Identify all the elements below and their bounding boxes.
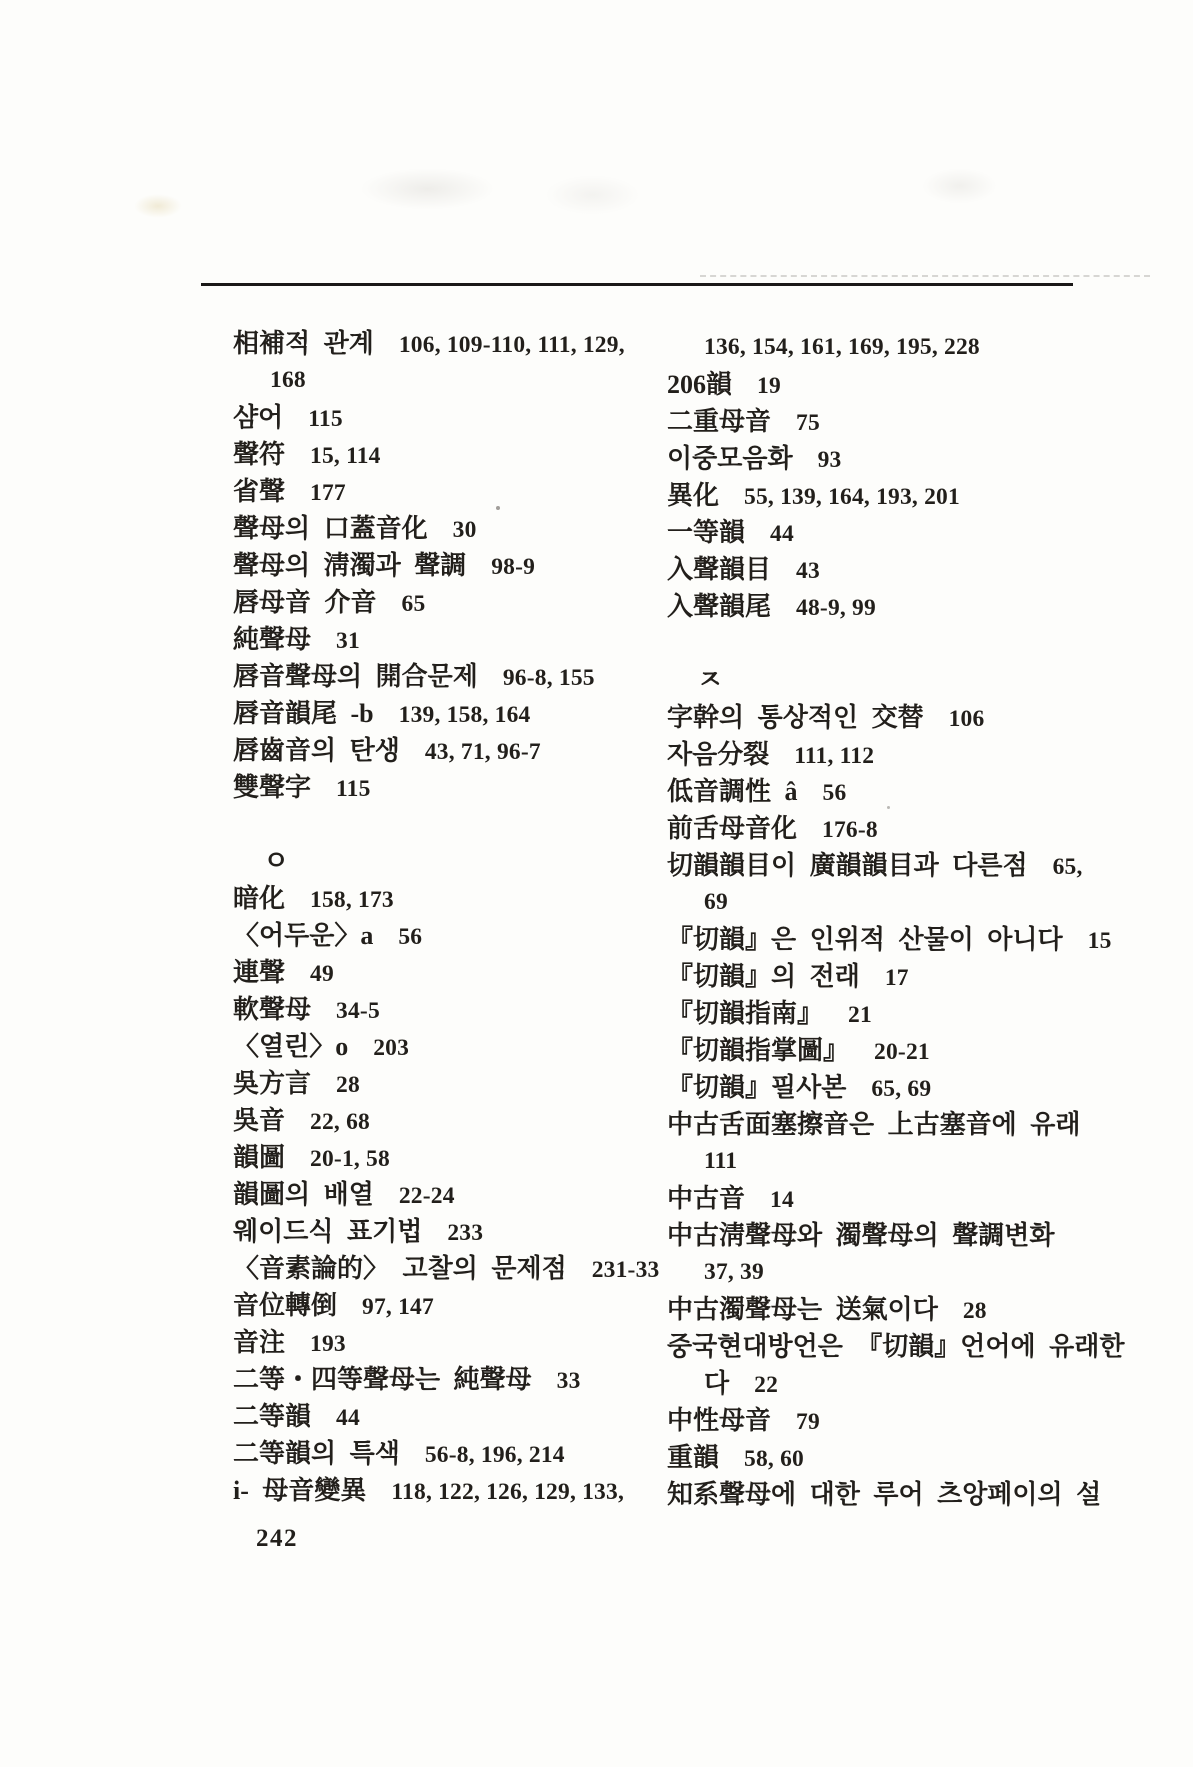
index-entry: 韻圖20-1, 58 <box>233 1139 673 1176</box>
index-entry: 異化55, 139, 164, 193, 201 <box>667 477 1147 514</box>
entry-term: 一等韻 <box>667 518 745 547</box>
entry-term: 聲母의 口蓋音化 <box>233 514 428 543</box>
index-entry: 一等韻44 <box>667 514 1147 551</box>
entry-term: 唇音聲母의 開合문제 <box>233 662 478 691</box>
entry-term: 二等韻 <box>233 1402 311 1431</box>
entry-pages: 75 <box>796 410 820 436</box>
entry-term: 聲符 <box>233 440 285 469</box>
entry-pages: 168 <box>270 367 306 393</box>
entry-term: 省聲 <box>233 477 285 506</box>
entry-term: 唇音韻尾 -b <box>233 699 374 728</box>
entry-pages: 233 <box>447 1220 483 1246</box>
entry-pages: 111, 112 <box>794 743 874 769</box>
index-entry: 聲符15, 114 <box>233 436 673 473</box>
index-entry: 二等・四等聲母는 純聲母33 <box>233 1361 673 1398</box>
entry-pages: 49 <box>310 961 334 987</box>
index-entry: 唇音韻尾 -b139, 158, 164 <box>233 695 673 732</box>
entry-term: 『切韻』필사본 <box>667 1073 846 1102</box>
index-entry: 中古濁聲母는 送氣이다28 <box>667 1291 1147 1328</box>
entry-pages: 139, 158, 164 <box>399 702 531 728</box>
index-entry: 音注193 <box>233 1324 673 1361</box>
entry-pages: 43, 71, 96-7 <box>425 739 541 765</box>
entry-pages: 193 <box>310 1331 346 1357</box>
entry-pages: 79 <box>796 1409 820 1435</box>
index-entry: 中性母音79 <box>667 1402 1147 1439</box>
entry-pages: 106, 109-110, 111, 129, <box>399 332 625 358</box>
entry-term: 相補적 관계 <box>233 329 374 358</box>
entry-pages: 118, 122, 126, 129, 133, <box>391 1479 624 1505</box>
entry-term: 206韻 <box>667 370 732 399</box>
entry-pages: 14 <box>770 1187 794 1213</box>
entry-pages: 115 <box>308 406 343 432</box>
index-entry-continuation: 다22 <box>667 1365 1147 1402</box>
entry-term: 暗化 <box>233 884 285 913</box>
index-entry: 中古舌面塞擦音은 上古塞音에 유래 <box>667 1106 1147 1143</box>
entry-term: 中古濁聲母는 送氣이다 <box>667 1295 938 1324</box>
entry-pages: 31 <box>336 628 360 654</box>
entry-term: 韻圖 <box>233 1143 285 1172</box>
entry-pages: 19 <box>757 373 781 399</box>
entry-term: 다 <box>704 1369 729 1398</box>
entry-pages: 22, 68 <box>310 1109 370 1135</box>
entry-pages: 115 <box>336 776 371 802</box>
entry-term: 字幹의 통상적인 交替 <box>667 703 924 732</box>
entry-pages: 20-21 <box>874 1039 930 1065</box>
entry-pages: 43 <box>796 558 820 584</box>
entry-pages: 22-24 <box>399 1183 455 1209</box>
entry-term: 中性母音 <box>667 1406 771 1435</box>
entry-pages: 44 <box>336 1405 360 1431</box>
index-entry: 暗化158, 173 <box>233 880 673 917</box>
section-header: ㅈ <box>667 662 1147 699</box>
section-header-label: ㅈ <box>697 665 723 695</box>
entry-term: 重韻 <box>667 1443 719 1472</box>
entry-term: 『切韻』의 전래 <box>667 962 860 991</box>
entry-term: 唇齒音의 탄생 <box>233 736 400 765</box>
entry-pages: 56 <box>398 924 422 950</box>
index-entry-continuation: 136, 154, 161, 169, 195, 228 <box>667 329 1147 366</box>
index-entry: 샴어115 <box>233 399 673 436</box>
entry-pages: 97, 147 <box>362 1294 434 1320</box>
entry-term: 吳音 <box>233 1106 285 1135</box>
index-entry: 知系聲母에 대한 루어 츠앙페이의 설 <box>667 1476 1147 1513</box>
index-entry: 切韻韻目이 廣韻韻目과 다른점65, <box>667 847 1147 884</box>
entry-pages: 158, 173 <box>310 887 394 913</box>
index-entry: 中古音14 <box>667 1180 1147 1217</box>
entry-pages: 65, 69 <box>871 1076 931 1102</box>
entry-pages: 15 <box>1088 928 1112 954</box>
entry-term: 二等韻의 특색 <box>233 1439 400 1468</box>
entry-term: 前舌母音化 <box>667 814 797 843</box>
page-number: 242 <box>256 1520 298 1557</box>
entry-term: 〈音素論的〉 고찰의 문제점 <box>233 1254 567 1283</box>
column-gap <box>233 806 673 843</box>
index-entry: 相補적 관계106, 109-110, 111, 129, <box>233 325 673 362</box>
index-entry-continuation: 37, 39 <box>667 1254 1147 1291</box>
entry-pages: 231-33 <box>592 1257 660 1283</box>
index-entry: 이중모음화93 <box>667 440 1147 477</box>
entry-pages: 28 <box>963 1298 987 1324</box>
entry-term: 聲母의 淸濁과 聲調 <box>233 551 466 580</box>
entry-term: i- 母音變異 <box>233 1476 366 1505</box>
entry-pages: 65 <box>402 591 426 617</box>
index-entry: 低音調性 â56 <box>667 773 1147 810</box>
entry-term: 切韻韻目이 廣韻韻目과 다른점 <box>667 851 1028 880</box>
index-entry: 중국현대방언은 『切韻』언어에 유래한 <box>667 1328 1147 1365</box>
entry-pages: 15, 114 <box>310 443 381 469</box>
index-entry: 軟聲母34-5 <box>233 991 673 1028</box>
entry-pages: 106 <box>949 706 985 732</box>
index-entry: 唇音聲母의 開合문제96-8, 155 <box>233 658 673 695</box>
entry-term: 純聲母 <box>233 625 311 654</box>
index-left-column: 相補적 관계106, 109-110, 111, 129,168샴어115聲符1… <box>233 325 673 1509</box>
entry-term: 吳方言 <box>233 1069 311 1098</box>
entry-term: 二重母音 <box>667 407 771 436</box>
section-header: ㅇ <box>233 843 673 880</box>
index-entry: 『切韻指南』21 <box>667 995 1147 1032</box>
index-entry: 連聲49 <box>233 954 673 991</box>
index-entry: 雙聲字115 <box>233 769 673 806</box>
index-entry: 字幹의 통상적인 交替106 <box>667 699 1147 736</box>
paper-smudge <box>922 168 997 204</box>
entry-term: 이중모음화 <box>667 444 793 473</box>
entry-pages: 55, 139, 164, 193, 201 <box>744 484 960 510</box>
entry-pages: 111 <box>704 1148 737 1174</box>
entry-term: 韻圖의 배열 <box>233 1180 374 1209</box>
entry-term: 知系聲母에 대한 루어 츠앙페이의 설 <box>667 1480 1101 1509</box>
entry-pages: 93 <box>818 447 842 473</box>
entry-term: 中古音 <box>667 1184 745 1213</box>
entry-pages: 20-1, 58 <box>310 1146 390 1172</box>
index-entry: 206韻19 <box>667 366 1147 403</box>
index-entry: 자음分裂111, 112 <box>667 736 1147 773</box>
index-entry: 二等韻44 <box>233 1398 673 1435</box>
paper-smudge <box>134 194 182 218</box>
faint-rule-artifact <box>700 275 1150 277</box>
entry-pages: 48-9, 99 <box>796 595 876 621</box>
index-entry: 『切韻指掌圖』20-21 <box>667 1032 1147 1069</box>
entry-pages: 30 <box>453 517 477 543</box>
entry-term: 中古舌面塞擦音은 上古塞音에 유래 <box>667 1110 1080 1139</box>
entry-term: 〈어두운〉a <box>233 921 373 950</box>
index-entry: 前舌母音化176-8 <box>667 810 1147 847</box>
entry-pages: 33 <box>557 1368 581 1394</box>
entry-pages: 58, 60 <box>744 1446 804 1472</box>
entry-pages: 34-5 <box>336 998 380 1024</box>
entry-pages: 56-8, 196, 214 <box>425 1442 565 1468</box>
entry-pages: 21 <box>848 1002 872 1028</box>
entry-term: 軟聲母 <box>233 995 311 1024</box>
index-entry: 韻圖의 배열22-24 <box>233 1176 673 1213</box>
index-entry: 〈열린〉o203 <box>233 1028 673 1065</box>
index-entry: 入聲韻目43 <box>667 551 1147 588</box>
entry-term: 入聲韻目 <box>667 555 771 584</box>
entry-term: 雙聲字 <box>233 773 311 802</box>
index-entry: 〈어두운〉a56 <box>233 917 673 954</box>
index-entry: 吳音22, 68 <box>233 1102 673 1139</box>
index-entry: 『切韻』의 전래17 <box>667 958 1147 995</box>
section-header-label: ㅇ <box>263 846 289 876</box>
index-entry: 聲母의 口蓋音化30 <box>233 510 673 547</box>
index-entry: i- 母音變異118, 122, 126, 129, 133, <box>233 1472 673 1509</box>
entry-pages: 65, <box>1053 854 1083 880</box>
entry-term: 웨이드식 표기법 <box>233 1217 422 1246</box>
entry-pages: 136, 154, 161, 169, 195, 228 <box>704 334 980 360</box>
entry-term: 入聲韻尾 <box>667 592 771 621</box>
entry-pages: 203 <box>373 1035 409 1061</box>
entry-pages: 56 <box>823 780 847 806</box>
entry-pages: 22 <box>754 1372 778 1398</box>
entry-term: 『切韻指掌圖』 <box>667 1036 849 1065</box>
index-entry: 웨이드식 표기법233 <box>233 1213 673 1250</box>
index-entry-continuation: 69 <box>667 884 1147 921</box>
entry-term: 二等・四等聲母는 純聲母 <box>233 1365 532 1394</box>
entry-pages: 28 <box>336 1072 360 1098</box>
entry-term: 중국현대방언은 『切韻』언어에 유래한 <box>667 1332 1125 1361</box>
index-entry: 二等韻의 특색56-8, 196, 214 <box>233 1435 673 1472</box>
index-entry: 聲母의 淸濁과 聲調98-9 <box>233 547 673 584</box>
entry-term: 『切韻』은 인위적 산물이 아니다 <box>667 925 1063 954</box>
index-right-column: 136, 154, 161, 169, 195, 228206韻19二重母音75… <box>667 329 1147 1513</box>
entry-pages: 44 <box>770 521 794 547</box>
index-entry: 入聲韻尾48-9, 99 <box>667 588 1147 625</box>
entry-pages: 177 <box>310 480 346 506</box>
entry-term: 中古淸聲母와 濁聲母의 聲調변화 <box>667 1221 1054 1250</box>
scanned-book-index-page: 相補적 관계106, 109-110, 111, 129,168샴어115聲符1… <box>0 0 1193 1767</box>
index-entry: 重韻58, 60 <box>667 1439 1147 1476</box>
index-entry: 省聲177 <box>233 473 673 510</box>
index-entry-continuation: 168 <box>233 362 673 399</box>
index-entry: 唇母音 介音65 <box>233 584 673 621</box>
index-entry: 中古淸聲母와 濁聲母의 聲調변화 <box>667 1217 1147 1254</box>
entry-term: 低音調性 â <box>667 777 798 806</box>
top-divider-rule <box>201 283 1073 286</box>
entry-pages: 96-8, 155 <box>503 665 595 691</box>
index-entry: 『切韻』은 인위적 산물이 아니다15 <box>667 921 1147 958</box>
entry-term: 〈열린〉o <box>233 1032 348 1061</box>
entry-pages: 176-8 <box>822 817 878 843</box>
index-entry: 〈音素論的〉 고찰의 문제점231-33 <box>233 1250 673 1287</box>
entry-pages: 98-9 <box>491 554 535 580</box>
entry-term: 자음分裂 <box>667 740 769 769</box>
column-gap <box>667 625 1147 662</box>
index-entry: 純聲母31 <box>233 621 673 658</box>
index-entry: 音位轉倒97, 147 <box>233 1287 673 1324</box>
entry-term: 異化 <box>667 481 719 510</box>
entry-term: 音位轉倒 <box>233 1291 337 1320</box>
index-entry: 二重母音75 <box>667 403 1147 440</box>
paper-smudge <box>360 168 495 210</box>
index-entry: 吳方言28 <box>233 1065 673 1102</box>
index-entry: 唇齒音의 탄생43, 71, 96-7 <box>233 732 673 769</box>
entry-pages: 17 <box>885 965 909 991</box>
entry-term: 連聲 <box>233 958 285 987</box>
entry-term: 샴어 <box>233 403 283 432</box>
paper-smudge <box>545 175 640 215</box>
entry-pages: 69 <box>704 889 728 915</box>
entry-term: 『切韻指南』 <box>667 999 823 1028</box>
entry-term: 音注 <box>233 1328 285 1357</box>
index-entry: 『切韻』필사본65, 69 <box>667 1069 1147 1106</box>
entry-term: 唇母音 介音 <box>233 588 377 617</box>
entry-pages: 37, 39 <box>704 1259 764 1285</box>
index-entry-continuation: 111 <box>667 1143 1147 1180</box>
